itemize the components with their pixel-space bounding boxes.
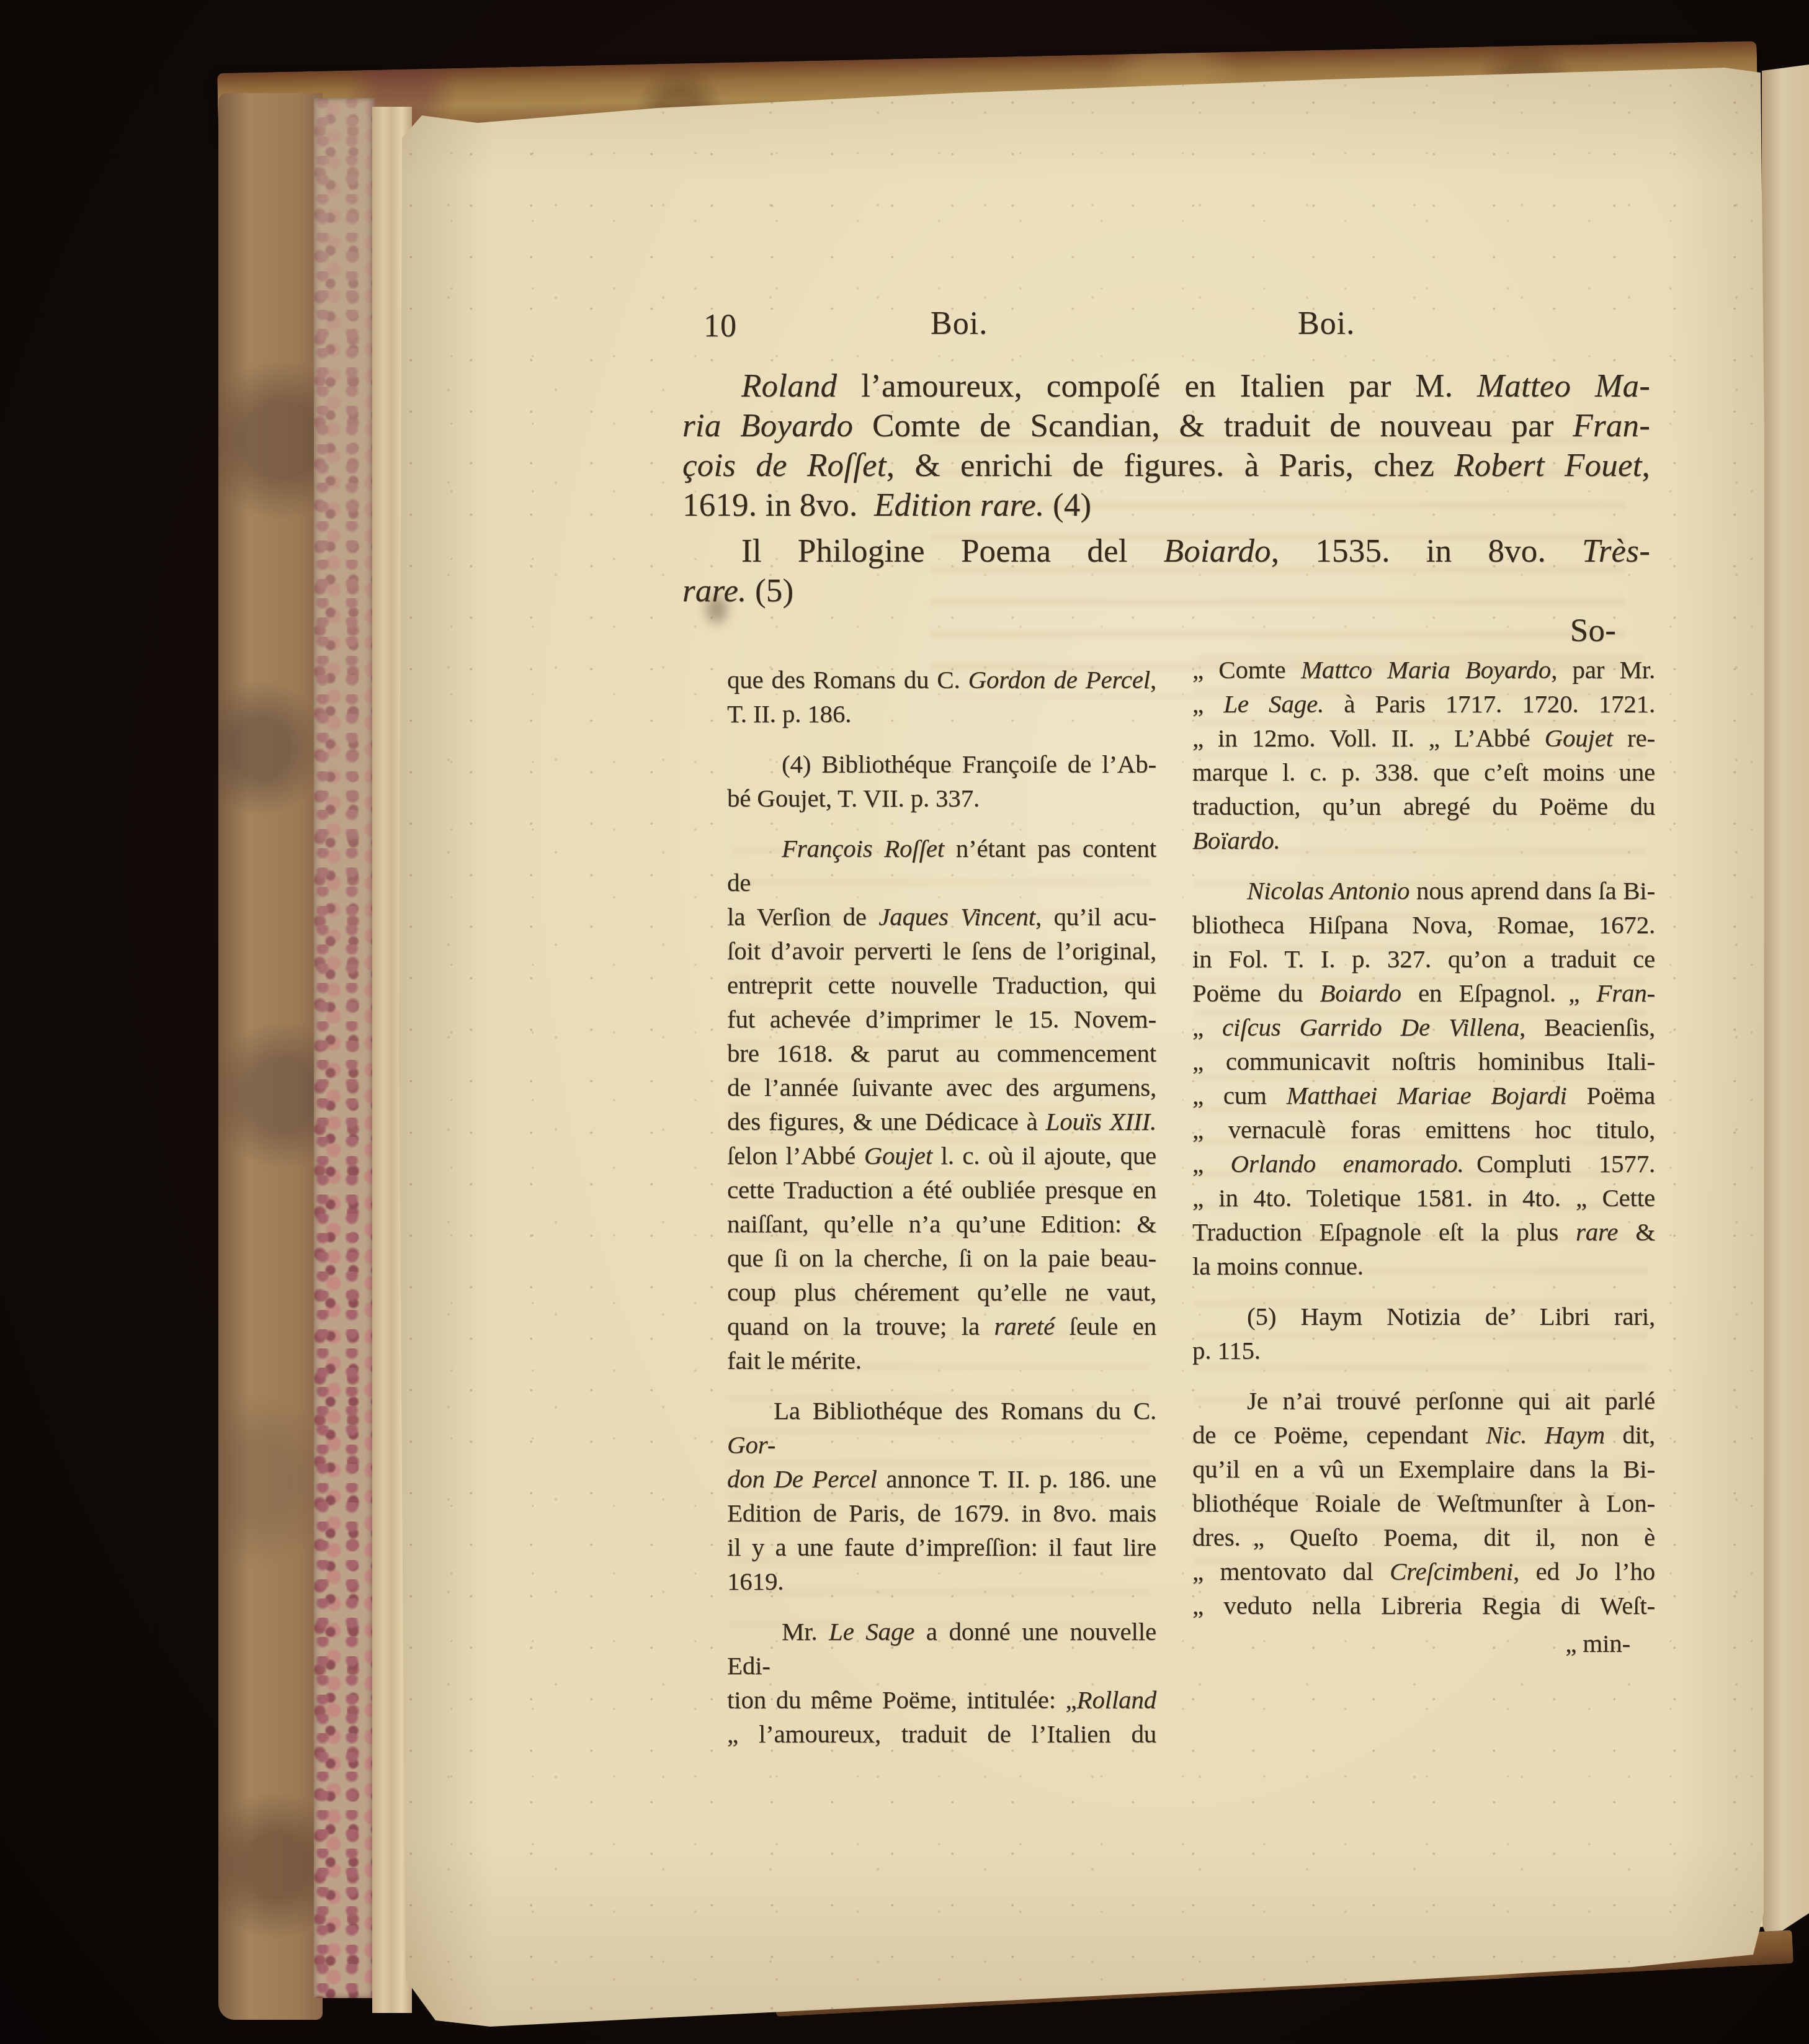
text-line: Edition de Paris, de 1679. in 8vo. mais: [727, 1496, 1156, 1530]
text-line: Poëme du Boiardo en Eſpagnol. „ Fran-: [1192, 976, 1655, 1010]
text-line: entreprit cette nouvelle Traduction, qui: [727, 968, 1156, 1002]
text-line: quand on la trouve; la rareté ſeule en: [727, 1309, 1156, 1343]
text-line: „ Le Sage. à Paris 1717. 1720. 1721.: [1192, 687, 1655, 721]
text-line: Roland l’amoureux, compoſé en Italien pa…: [682, 366, 1650, 406]
text-line: Boïardo.: [1192, 823, 1655, 858]
footnote-column-right: „ Comte Mattco Maria Boyardo, par Mr.„ L…: [1192, 653, 1655, 1661]
adjacent-page-edge: [1762, 65, 1809, 1951]
text-line: T. II. p. 186.: [727, 697, 1156, 731]
text-line: „ mentovato dal Creſcimbeni, ed Jo l’ho: [1192, 1554, 1655, 1589]
text-line: dres. „ Queſto Poema, dit il, non è: [1192, 1520, 1655, 1554]
text-line: don De Percel annonce T. II. p. 186. une: [727, 1462, 1156, 1496]
marbled-edge: [314, 98, 375, 1998]
main-text-block: Roland l’amoureux, compoſé en Italien pa…: [682, 366, 1650, 650]
book-page: 10 Boi. Boi. Roland l’amoureux, compoſé …: [397, 65, 1766, 2035]
text-line: que des Romans du C. Gordon de Percel,: [727, 663, 1156, 697]
text-line: 1619.: [727, 1564, 1156, 1598]
text-line: bre 1618. & parut au commencement: [727, 1036, 1156, 1070]
text-line: tion du même Poëme, intitulée: „Rolland: [727, 1683, 1156, 1717]
text-line: marque l. c. p. 338. que c’eſt moins une: [1192, 755, 1655, 789]
text-line: „ min-: [1192, 1626, 1655, 1661]
text-line: Mr. Le Sage a donné une nouvelle Edi-: [727, 1615, 1156, 1683]
text-line: „ veduto nella Libreria Regia di Weſt-: [1192, 1589, 1655, 1623]
text-line: Je n’ai trouvé perſonne qui ait parlé: [1192, 1384, 1655, 1418]
text-line: Traduction Eſpagnole eſt la plus rare &: [1192, 1215, 1655, 1249]
text-line: (5) Haym Notizia de’ Libri rari,: [1192, 1299, 1655, 1334]
text-line: „ communicavit noſtris hominibus Itali-: [1192, 1044, 1655, 1078]
text-line: bé Goujet, T. VII. p. 337.: [727, 781, 1156, 815]
text-line: „ vernaculè foras emittens hoc titulo,: [1192, 1113, 1655, 1147]
text-line: 1619. in 8vo. Edition rare. (4): [682, 485, 1650, 525]
text-line: de l’année ſuivante avec des argumens,: [727, 1070, 1156, 1105]
text-line: in Fol. T. I. p. 327. qu’on a traduit ce: [1192, 942, 1655, 976]
text-line: bliotheca Hiſpana Nova, Romae, 1672.: [1192, 908, 1655, 942]
text-line: ſoit d’avoir perverti le ſens de l’origi…: [727, 934, 1156, 968]
running-head-right: Boi.: [1298, 305, 1355, 342]
page-number: 10: [703, 308, 737, 344]
text-line: François Roſſet n’étant pas content de: [727, 831, 1156, 900]
text-line: des figures, & une Dédicace à Louïs XIII…: [727, 1105, 1156, 1139]
footnote-column-left: que des Romans du C. Gordon de Percel,T.…: [727, 663, 1156, 1751]
text-line: (4) Bibliothéque Françoiſe de l’Ab-: [727, 747, 1156, 781]
text-line: ria Boyardo Comte de Scandian, & traduit…: [682, 406, 1650, 446]
text-line: çois de Roſſet, & enrichi de figures. à …: [682, 446, 1650, 485]
text-line: „ l’amoureux, traduit de l’Italien du: [727, 1717, 1156, 1751]
running-head-left: Boi.: [931, 305, 988, 342]
book-photo: 10 Boi. Boi. Roland l’amoureux, compoſé …: [0, 0, 1809, 2044]
text-line: fut achevée d’imprimer le 15. Novem-: [727, 1002, 1156, 1036]
text-line: bliothéque Roiale de Weſtmunſter à Lon-: [1192, 1486, 1655, 1520]
text-line: que ſi on la cherche, ſi on la paie beau…: [727, 1241, 1156, 1275]
spine-leather: [218, 93, 323, 2020]
text-line: „ Orlando enamorado. Compluti 1577.: [1192, 1147, 1655, 1181]
text-line: qu’il en a vû un Exemplaire dans la Bi-: [1192, 1452, 1655, 1486]
text-line: la moins connue.: [1192, 1249, 1655, 1283]
text-line: „ cum Matthaei Mariae Bojardi Poëma: [1192, 1078, 1655, 1113]
text-line: Il Philogine Poema del Boiardo, 1535. in…: [682, 531, 1650, 571]
text-line: coup plus chérement qu’elle ne vaut,: [727, 1275, 1156, 1309]
text-line: La Bibliothéque des Romans du C. Gor-: [727, 1394, 1156, 1462]
text-line: „ in 12mo. Voll. II. „ L’Abbé Goujet re-: [1192, 721, 1655, 755]
text-line: de ce Poëme, cependant Nic. Haym dit,: [1192, 1418, 1655, 1452]
text-line: cette Traduction a été oubliée presque e…: [727, 1173, 1156, 1207]
text-line: „ ciſcus Garrido De Villena, Beacienſis,: [1192, 1010, 1655, 1044]
text-line: „ in 4to. Toletique 1581. in 4to. „ Cett…: [1192, 1181, 1655, 1215]
text-line: p. 115.: [1192, 1334, 1655, 1368]
page-header: 10 Boi. Boi.: [397, 305, 1766, 349]
text-line: il y a une faute d’impreſſion: il faut l…: [727, 1530, 1156, 1564]
text-line: rare. (5): [682, 571, 1650, 611]
text-line: Nicolas Antonio nous aprend dans ſa Bi-: [1192, 874, 1655, 908]
text-line: „ Comte Mattco Maria Boyardo, par Mr.: [1192, 653, 1655, 687]
text-line: la Verſion de Jaques Vincent, qu’il acu-: [727, 900, 1156, 934]
text-line: fait le mérite.: [727, 1343, 1156, 1378]
text-line: naiſſant, qu’elle n’a qu’une Edition: &: [727, 1207, 1156, 1241]
text-line: So-: [682, 611, 1650, 650]
text-line: traduction, qu’un abregé du Poëme du: [1192, 789, 1655, 823]
text-line: ſelon l’Abbé Goujet l. c. où il ajoute, …: [727, 1139, 1156, 1173]
scan-background: { "page": { "number": "10", "running_hea…: [0, 0, 1809, 2044]
